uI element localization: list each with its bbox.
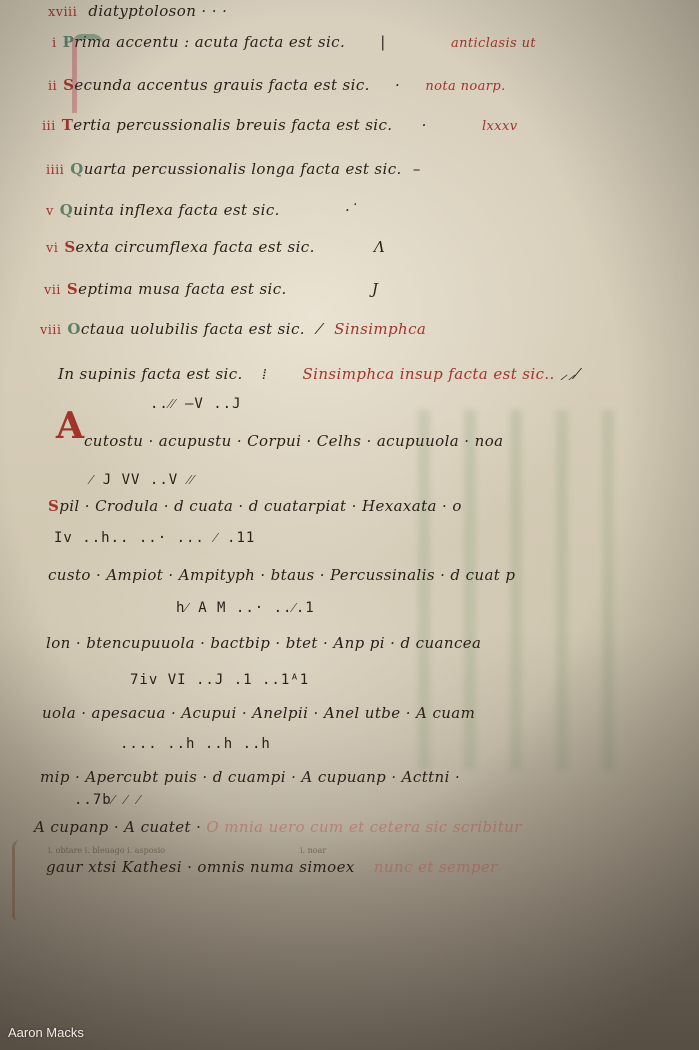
vignette bbox=[0, 0, 699, 1050]
decorated-initial-a: A bbox=[56, 408, 84, 444]
numbered-line-2: iiSecunda accentus grauis facta est sic.… bbox=[48, 76, 506, 94]
interlinear-gloss-1: i. obtare i. bleuago i. asposio bbox=[48, 846, 165, 855]
chant-line-3: custo · Ampiot · Ampityph · btaus · Perc… bbox=[48, 566, 515, 584]
neume-row-4: h⁄ A M ..· ..⁄.1 bbox=[176, 600, 315, 617]
numbered-line-6: viSexta circumflexa facta est sic. Λ bbox=[46, 238, 385, 256]
numbered-line-8: viiiOctaua uolubilis facta est sic. ⁄ Si… bbox=[40, 320, 426, 338]
numbered-line-1: iPrima accentu : acuta facta est sic. | … bbox=[52, 33, 536, 51]
chant-line-4: lon · btencupuuola · bactbip · btet · An… bbox=[46, 634, 481, 652]
numbered-line-4: iiiiQuarta percussionalis longa facta es… bbox=[46, 160, 421, 178]
chant-line-1: cutostu · acupustu · Corpui · Celhs · ac… bbox=[84, 432, 503, 450]
top-line: xviii diatyptoloson · · · bbox=[48, 2, 227, 20]
interlinear-gloss-2: i. noar bbox=[300, 846, 326, 855]
numbered-line-7: viiSeptima musa facta est sic. J bbox=[44, 280, 378, 298]
numbered-line-5: vQuinta inflexa facta est sic. ·˙ bbox=[46, 201, 358, 219]
neume-row-6: .... ..h ..h ..h bbox=[120, 736, 271, 752]
chant-line-2: Spil · Crodula · d cuata · d cuatarpiat … bbox=[48, 497, 462, 515]
chant-line-8: gaur xtsi Kathesi · omnis numa simoex nu… bbox=[46, 858, 498, 876]
pointing-hand-marginalia bbox=[12, 840, 31, 920]
numbered-line-3: iiiTertia percussionalis breuis facta es… bbox=[42, 116, 518, 134]
neume-row-2: ⁄ J VV ..V ⁄⁄ bbox=[90, 472, 194, 489]
manuscript-photo: xviii diatyptoloson · · · iPrima accentu… bbox=[0, 0, 699, 1050]
chant-line-5: uola · apesacua · Acupui · Anelpii · Ane… bbox=[42, 704, 475, 722]
neume-row-5: 7iv VI ..J .1 ..1ᴬ1 bbox=[130, 672, 309, 688]
continuation-line: In supinis facta est sic. ⁞ Sinsimphca i… bbox=[58, 364, 579, 384]
photographer-watermark: Aaron Macks bbox=[8, 1025, 84, 1040]
neume-row-3: Iv ..h.. ..· ... ⁄ .11 bbox=[54, 530, 255, 547]
chant-line-6: mip · Apercubt puis · d cuampi · A cupua… bbox=[40, 768, 460, 786]
neume-row-1: ..⁄⁄ –V ..J bbox=[150, 396, 242, 413]
neume-row-7: ..7b⁄ ⁄ ⁄ bbox=[74, 792, 141, 809]
chant-line-7: A cupanp · A cuatet · O mnia uero cum et… bbox=[34, 818, 522, 836]
